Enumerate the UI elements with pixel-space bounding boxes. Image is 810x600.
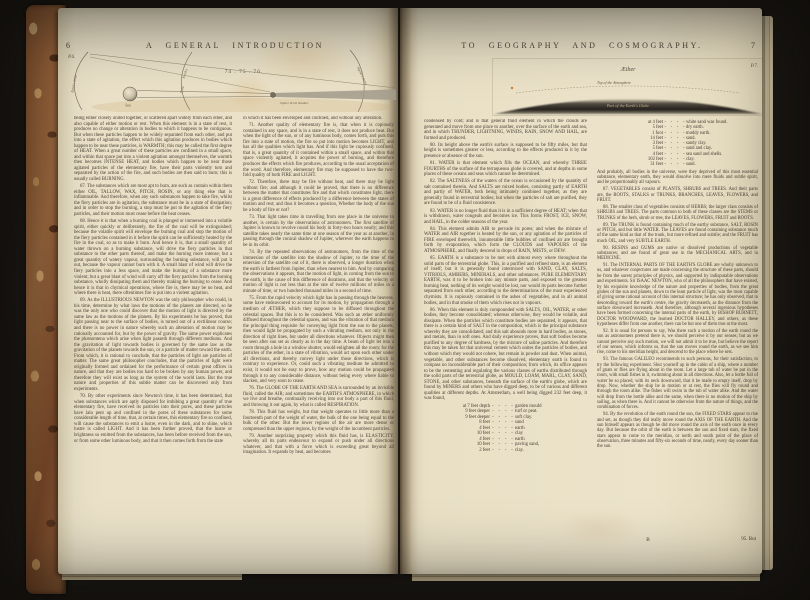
plate-label-left: P.6. <box>67 55 75 60</box>
paragraph: 87. VEGETABLES consist of PLANTS, SHRUBS… <box>597 187 758 203</box>
depth-value: 2 feet <box>438 448 490 454</box>
atmosphere-line <box>516 86 740 93</box>
paragraph: 83. WATER is no longer fluid than it is … <box>424 209 587 226</box>
paragraph: 81. WATER is that element which fills th… <box>424 161 587 178</box>
plate-label-right: P.7. <box>750 64 758 69</box>
paragraph: 91. The INTERNAL PARTS OF THE EARTH'S GL… <box>597 263 758 327</box>
paragraph: 88. The smaller class of vegetables cons… <box>597 205 758 221</box>
figure-atmosphere: P.7. Æther Top of the Atmosphere Part of… <box>492 58 764 116</box>
table-row: 2 feet- - - -clay. <box>438 448 587 454</box>
right-folio-number: 7 <box>751 41 755 50</box>
sun <box>123 87 137 101</box>
paragraph: 86. When this element is duly compounded… <box>424 308 587 402</box>
right-running-head: TO GEOGRAPHY AND COSMOGRAPHY. <box>424 41 740 50</box>
paragraph: 79. Another surprizing property which th… <box>243 434 394 456</box>
left-column-1: being either closely united together, or… <box>74 116 232 530</box>
table-row: 31 feet- - - -sand. <box>611 162 758 167</box>
dash-leader: - - - - <box>490 448 515 454</box>
arc-middle-label-b: Orbit <box>179 85 186 94</box>
paragraph: 68. Hence it is that when a burning coal… <box>74 219 232 297</box>
paragraph: 67. The substances which are most apt to… <box>74 184 232 217</box>
paragraph: 76. The GLOBE OF THE EARTH AND SEA is su… <box>243 386 394 408</box>
depth-value: 31 feet <box>611 162 663 167</box>
amsterdam-well-table-part2: at 4 feet- - - -white sand was found. 5 … <box>611 120 758 168</box>
shadow-cone <box>275 90 396 101</box>
paragraph: 74. By the repeated observations of astr… <box>243 250 394 294</box>
paragraph: 71. Another quality of elementary fire i… <box>243 123 394 178</box>
page-edges-bottom-left <box>62 574 242 580</box>
right-column-2: at 4 feet- - - -white sand was found. 5 … <box>597 119 758 553</box>
left-folio-number: 6 <box>66 41 70 50</box>
paragraph: 80. Its height above the earth's surface… <box>424 143 587 160</box>
paragraph: 75. From the rapid velocity which light … <box>243 296 394 385</box>
material-value: clay. <box>515 448 587 454</box>
earth-label: Part of the Earth's Globe <box>606 103 649 108</box>
dash-leader: - - - - <box>663 162 686 167</box>
left-column-2: in which it has been enveloped and confi… <box>243 116 394 530</box>
figure-jupiter-shadow: P.6. Earth's Orbit Earth's Orbit Jupiter… <box>62 50 396 112</box>
paragraph: 70. By other experiments since Newton's … <box>74 394 232 444</box>
catchword: 95. But <box>698 537 756 542</box>
paragraph: 93. The famous GALILEO recommends to suc… <box>597 357 758 410</box>
paragraph: 94. By the revolution of the earth round… <box>597 412 758 449</box>
paragraph: 90. RESINS and GUMS are native or dissol… <box>597 246 758 262</box>
paragraph: And probably, all bodies in the universe… <box>597 170 758 186</box>
atmosphere-label: Top of the Atmosphere <box>597 81 631 85</box>
sun-ray-top <box>137 91 275 94</box>
arc-middle-label-a: Earth's <box>181 68 189 80</box>
signature-mark: B <box>618 537 678 543</box>
paragraph: 84. This element admits AIR to pervade i… <box>424 227 587 255</box>
paragraph: 89. The TRUNK is found containing much o… <box>597 223 758 244</box>
paragraph: 72. Therefore, there may be fire without… <box>243 180 394 213</box>
jupiter <box>271 93 276 98</box>
left-running-head: A GENERAL INTRODUCTION <box>90 41 380 50</box>
sun-label: Sun <box>125 104 131 108</box>
paragraph: 82. The SALTNESS of the waters of the oc… <box>424 179 587 207</box>
paragraph: 78. This fluid has weight, but that weig… <box>243 410 394 432</box>
page-edges-bottom-right <box>412 574 760 581</box>
figure-caption-numbers: 74 . 75 . 76. <box>225 69 264 75</box>
right-column-1: condensed by cold; and is that general f… <box>424 119 587 553</box>
paragraph: 73. That light takes time in travelling … <box>243 215 394 248</box>
aether-label: Æther <box>620 67 637 73</box>
sun-ray-bottom <box>137 97 275 98</box>
paragraph: 92. It is usual for persons to say, Was … <box>597 329 758 356</box>
arc-left-label: Earth's Orbit <box>70 74 78 94</box>
book-scan[interactable]: 6 A GENERAL INTRODUCTION 7 TO GEOGRAPHY … <box>0 0 810 600</box>
foxing-fleck <box>511 87 513 89</box>
jupiter-label: Jupiter & his Shadow <box>280 101 309 105</box>
paragraph: condensed by cold; and is that general f… <box>424 119 587 141</box>
paragraph: 85. EARTH is a substance to be met with … <box>424 256 587 306</box>
paragraph: being either closely united together, or… <box>74 116 232 183</box>
paragraph: 69. As the ILLUSTRIOUS NEWTON was the on… <box>74 298 232 392</box>
amsterdam-well-table-part1: at 7 feet depth- - - -garden mould 9 fee… <box>438 404 587 454</box>
ground-tint <box>92 98 392 112</box>
arc-right-label: Jupiter's Orbit <box>356 66 368 87</box>
material-value: sand. <box>686 162 758 167</box>
paragraph: in which it has been enveloped and confi… <box>243 116 394 122</box>
